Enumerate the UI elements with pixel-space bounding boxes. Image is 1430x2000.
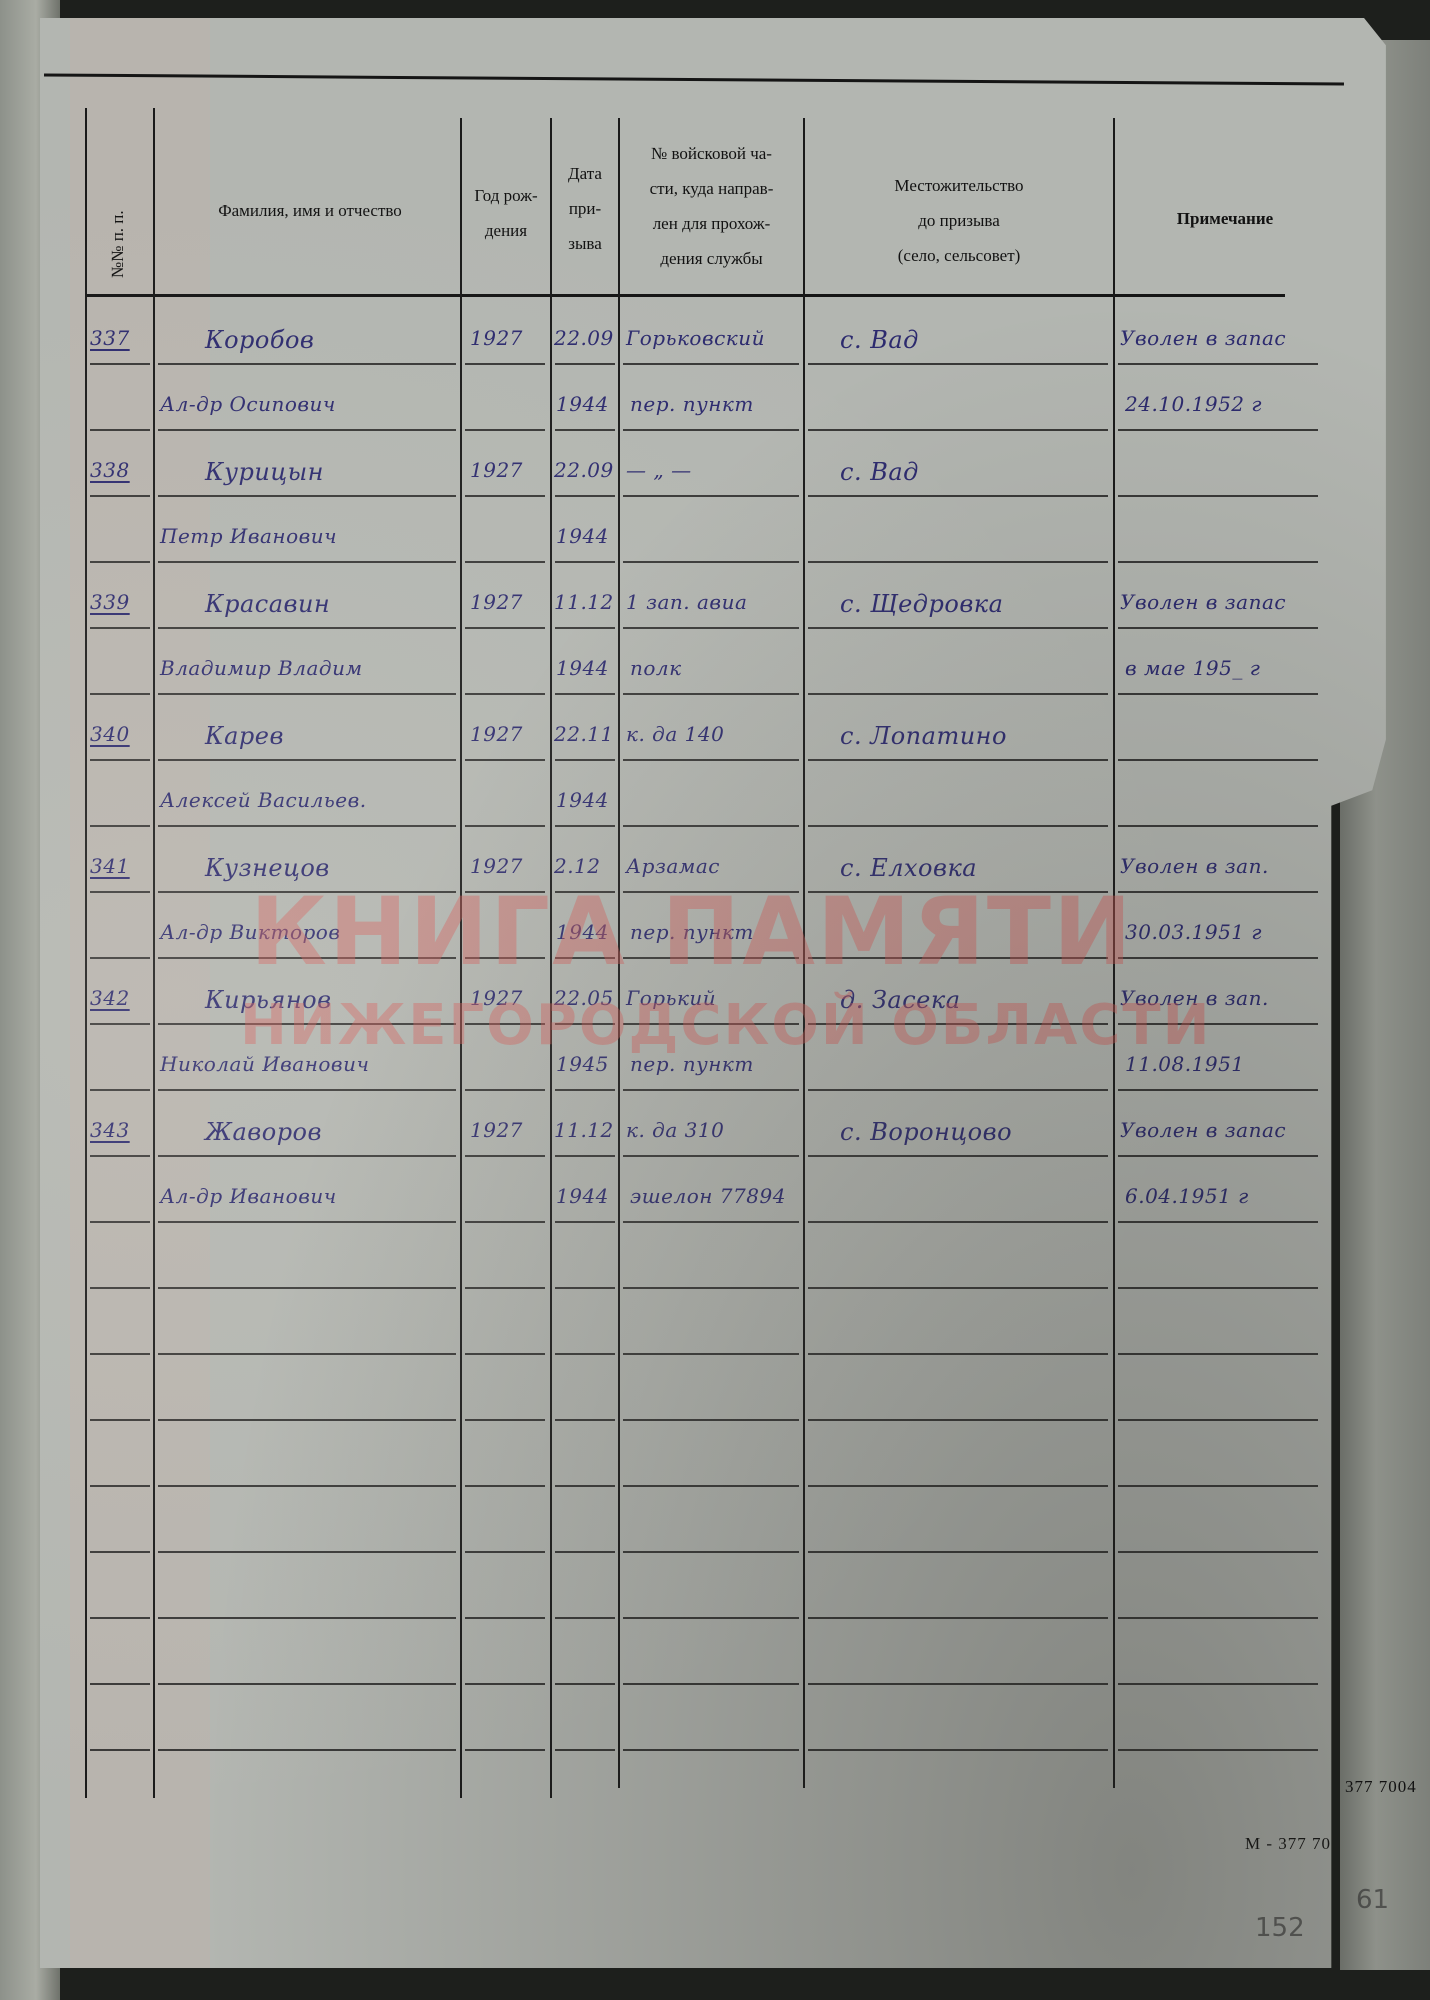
record-birth-year: 1927 [470,722,523,746]
header-unit: № войсковой ча- сти, куда направ- лен дл… [620,136,803,276]
row-rule [623,495,799,497]
record-conscription-year: 1944 [556,920,609,944]
record-conscription-year: 1945 [556,1052,609,1076]
col-border [803,118,805,1788]
record-surname: Курицын [205,458,324,486]
row-rule [465,561,545,563]
row-rule [555,1089,615,1091]
row-rule [555,1419,615,1421]
record-unit-line-1: к. да 310 [626,1118,724,1142]
record-note-line-1: Уволен в запас [1120,590,1286,614]
row-rule [808,1749,1108,1751]
row-rule [555,825,615,827]
row-rule [623,1419,799,1421]
record-residence: с. Вад [840,458,919,486]
row-rule [90,957,150,959]
row-rule [555,561,615,563]
record-residence: с. Щедровка [840,590,1003,618]
row-rule [465,1683,545,1685]
form-number: М - 377 7004 [1245,1834,1350,1854]
row-rule [808,561,1108,563]
row-rule [555,1617,615,1619]
record-note-line-2: 6.04.1951 г [1125,1184,1249,1208]
record-conscription-date: 22.09 [554,458,614,482]
row-rule [465,1551,545,1553]
row-rule [465,1155,545,1157]
row-rule [623,429,799,431]
row-rule [465,1287,545,1289]
row-rule [808,1617,1108,1619]
record-num: 341 [90,854,130,878]
row-rule [623,1221,799,1223]
record-conscription-date: 11.12 [554,590,614,614]
record-note-line-1: Уволен в запас [1120,1118,1286,1142]
row-rule [808,1485,1108,1487]
row-rule [158,1155,456,1157]
record-note-line-2: 11.08.1951 [1125,1052,1245,1076]
row-rule [465,495,545,497]
row-rule [808,1155,1108,1157]
record-conscription-year: 1944 [556,524,609,548]
watermark-line-1: КНИГА ПАМЯТИ [250,878,1050,987]
row-rule [1118,1089,1318,1091]
row-rule [158,1023,456,1025]
row-rule [555,957,615,959]
row-rule [90,429,150,431]
col-border [618,118,620,1788]
row-rule [623,693,799,695]
row-rule [808,1419,1108,1421]
header-birth-year: Год рож- дения [462,178,550,248]
row-rule [158,1287,456,1289]
row-rule [90,1155,150,1157]
record-residence: с. Воронцово [840,1118,1012,1146]
row-rule [158,1221,456,1223]
row-rule [90,891,150,893]
col-border [85,108,87,1798]
record-given-name: Петр Иванович [160,524,337,548]
record-unit-line-2: пер. пункт [630,920,754,944]
header-conscription-date: Дата при- зыва [552,156,618,261]
record-unit-line-2: пер. пункт [630,392,754,416]
record-conscription-year: 1944 [556,1184,609,1208]
record-residence: д. Засека [840,986,961,1014]
row-rule [808,1683,1108,1685]
row-rule [158,1089,456,1091]
row-rule [158,561,456,563]
row-rule [158,429,456,431]
record-birth-year: 1927 [470,986,523,1010]
tab-form-number: 377 7004 [1345,1777,1417,1797]
row-rule [158,1485,456,1487]
row-rule [1118,1419,1318,1421]
row-rule [158,891,456,893]
row-rule [808,1551,1108,1553]
row-rule [158,693,456,695]
record-unit-line-2: полк [630,656,682,680]
row-rule [465,627,545,629]
record-residence: с. Елховка [840,854,977,882]
row-rule [465,1485,545,1487]
row-rule [1118,1617,1318,1619]
row-rule [90,1419,150,1421]
row-rule [808,429,1108,431]
row-rule [1118,561,1318,563]
row-rule [623,1551,799,1553]
row-rule [1118,429,1318,431]
row-rule [1118,1485,1318,1487]
row-rule [90,1023,150,1025]
row-rule [555,693,615,695]
row-rule [808,495,1108,497]
header-residence: Местожительство до призыва (село, сельсо… [805,168,1113,273]
row-rule [158,759,456,761]
row-rule [465,1617,545,1619]
tab-pencil-mark: 61 [1356,1885,1389,1915]
row-rule [1118,759,1318,761]
row-rule [465,825,545,827]
record-conscription-year: 1944 [556,788,609,812]
record-surname: Красавин [205,590,330,618]
row-rule [555,891,615,893]
row-rule [1118,891,1318,893]
row-rule [90,1683,150,1685]
record-note-line-2: 24.10.1952 г [1125,392,1262,416]
row-rule [555,1353,615,1355]
row-rule [465,1749,545,1751]
row-rule [623,1287,799,1289]
row-rule [1118,1155,1318,1157]
row-rule [158,1749,456,1751]
header-num: №№ п. п. [108,210,128,278]
header-name: Фамилия, имя и отчество [160,193,460,228]
row-rule [90,759,150,761]
row-rule [1118,1749,1318,1751]
row-rule [623,1353,799,1355]
record-birth-year: 1927 [470,854,523,878]
row-rule [808,1023,1108,1025]
row-rule [465,759,545,761]
row-rule [623,1023,799,1025]
row-rule [90,1749,150,1751]
row-rule [555,1551,615,1553]
pencil-page-mark: 152 [1255,1913,1305,1943]
row-rule [158,1353,456,1355]
row-rule [158,1617,456,1619]
record-given-name: Алексей Васильев. [160,788,367,812]
row-rule [623,363,799,365]
row-rule [808,759,1108,761]
row-rule [1118,693,1318,695]
row-rule [808,1353,1108,1355]
row-rule [808,957,1108,959]
row-rule [90,1287,150,1289]
row-rule [623,1749,799,1751]
col-border [550,118,552,1798]
row-rule [555,759,615,761]
record-unit-line-2: эшелон 77894 [630,1184,786,1208]
record-conscription-date: 22.05 [554,986,614,1010]
watermark-line-2: НИЖЕГОРОДСКОЙ ОБЛАСТИ [240,993,1060,1058]
row-rule [555,627,615,629]
row-rule [555,1683,615,1685]
header-note: Примечание [1115,201,1335,236]
record-note-line-1: Уволен в зап. [1120,986,1269,1010]
row-rule [1118,1287,1318,1289]
row-rule [623,891,799,893]
record-num: 342 [90,986,130,1010]
record-unit-line-2: пер. пункт [630,1052,754,1076]
record-surname: Карев [205,722,284,750]
row-rule [158,957,456,959]
record-conscription-year: 1944 [556,392,609,416]
row-rule [90,495,150,497]
record-num: 338 [90,458,130,482]
record-given-name: Владимир Владим [160,656,363,680]
row-rule [1118,495,1318,497]
row-rule [555,1023,615,1025]
row-rule [808,1089,1108,1091]
record-birth-year: 1927 [470,1118,523,1142]
row-rule [808,1221,1108,1223]
record-unit-line-1: — „ — [626,458,692,482]
row-rule [1118,1683,1318,1685]
row-rule [158,1683,456,1685]
row-rule [465,429,545,431]
record-unit-line-1: Горький [626,986,716,1010]
row-rule [808,1287,1108,1289]
row-rule [555,1287,615,1289]
record-birth-year: 1927 [470,590,523,614]
record-num: 337 [90,326,130,350]
record-given-name: Ал-др Иванович [160,1184,337,1208]
row-rule [90,627,150,629]
row-rule [1118,1551,1318,1553]
table-top-border [44,73,1344,85]
row-rule [808,825,1108,827]
row-rule [465,1419,545,1421]
record-unit-line-1: Горьковский [626,326,765,350]
row-rule [465,1089,545,1091]
row-rule [555,363,615,365]
record-conscription-date: 11.12 [554,1118,614,1142]
record-surname: Коробов [205,326,314,354]
row-rule [465,957,545,959]
record-conscription-date: 22.11 [554,722,614,746]
row-rule [90,1485,150,1487]
record-surname: Жаворов [205,1118,322,1146]
row-rule [623,1683,799,1685]
row-rule [808,891,1108,893]
row-rule [623,957,799,959]
row-rule [1118,1023,1318,1025]
row-rule [555,495,615,497]
record-unit-line-1: 1 зап. авиа [626,590,747,614]
record-note-line-2: 30.03.1951 г [1125,920,1262,944]
record-given-name: Ал-др Викторов [160,920,341,944]
row-rule [158,825,456,827]
row-rule [90,1551,150,1553]
row-rule [623,1617,799,1619]
row-rule [158,1551,456,1553]
record-residence: с. Лопатино [840,722,1007,750]
row-rule [158,1419,456,1421]
record-birth-year: 1927 [470,326,523,350]
row-rule [158,363,456,365]
row-rule [555,1221,615,1223]
record-given-name: Ал-др Осипович [160,392,336,416]
record-birth-year: 1927 [470,458,523,482]
row-rule [1118,627,1318,629]
record-given-name: Николай Иванович [160,1052,369,1076]
record-conscription-date: 22.09 [554,326,614,350]
row-rule [158,495,456,497]
record-note-line-1: Уволен в зап. [1120,854,1269,878]
record-num: 343 [90,1118,130,1142]
row-rule [623,1485,799,1487]
record-conscription-date: 2.12 [554,854,601,878]
record-num: 339 [90,590,130,614]
record-num: 340 [90,722,130,746]
row-rule [623,561,799,563]
row-rule [90,363,150,365]
row-rule [465,363,545,365]
row-rule [1118,825,1318,827]
row-rule [808,693,1108,695]
row-rule [1118,957,1318,959]
row-rule [623,1155,799,1157]
row-rule [465,693,545,695]
row-rule [555,1155,615,1157]
row-rule [90,1089,150,1091]
row-rule [1118,363,1318,365]
row-rule [623,1089,799,1091]
row-rule [90,1617,150,1619]
row-rule [90,693,150,695]
row-rule [90,561,150,563]
record-conscription-year: 1944 [556,656,609,680]
record-residence: с. Вад [840,326,919,354]
header-bottom-border [85,294,1285,297]
col-border [153,108,155,1798]
row-rule [623,825,799,827]
col-border [1113,118,1115,1788]
row-rule [90,1353,150,1355]
record-note-line-2: в мае 195_ г [1125,656,1260,680]
row-rule [1118,1221,1318,1223]
record-surname: Кирьянов [205,986,332,1014]
row-rule [808,627,1108,629]
record-unit-line-1: к. да 140 [626,722,724,746]
row-rule [465,1221,545,1223]
row-rule [1118,1353,1318,1355]
row-rule [90,1221,150,1223]
row-rule [90,825,150,827]
record-surname: Кузнецов [205,854,330,882]
col-border [460,118,462,1798]
row-rule [158,627,456,629]
row-rule [808,363,1108,365]
row-rule [623,627,799,629]
row-rule [623,759,799,761]
row-rule [555,429,615,431]
row-rule [555,1485,615,1487]
row-rule [555,1749,615,1751]
record-note-line-1: Уволен в запас [1120,326,1286,350]
row-rule [465,1353,545,1355]
row-rule [465,1023,545,1025]
record-unit-line-1: Арзамас [626,854,720,878]
register-page: №№ п. п. Фамилия, имя и отчество Год рож… [40,18,1405,1968]
row-rule [465,891,545,893]
